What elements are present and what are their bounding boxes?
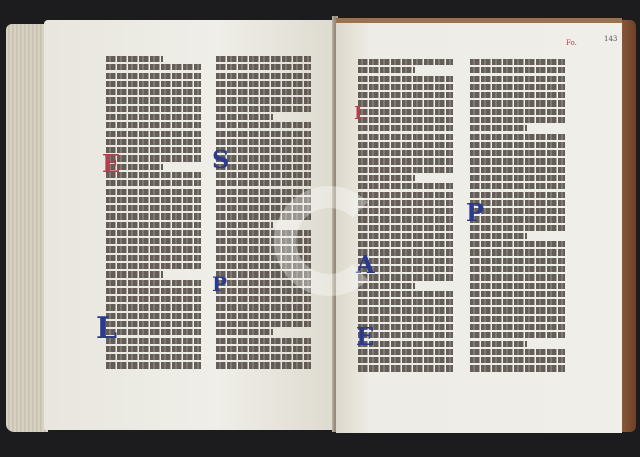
script-line	[216, 122, 311, 128]
script-line	[358, 291, 453, 297]
script-line	[216, 288, 311, 294]
script-line	[106, 263, 201, 269]
script-line	[358, 92, 453, 98]
running-head: Fo.	[566, 39, 577, 47]
script-line	[470, 67, 565, 73]
script-line	[470, 208, 565, 214]
script-line	[216, 304, 311, 310]
script-line	[470, 76, 565, 82]
script-line	[216, 56, 311, 62]
script-line	[358, 299, 453, 305]
script-line	[106, 230, 201, 236]
script-line	[358, 84, 453, 90]
script-line	[358, 109, 453, 115]
script-line	[470, 216, 565, 222]
script-line	[470, 59, 565, 65]
illuminated-initial: P	[212, 274, 227, 294]
script-line	[106, 106, 201, 112]
script-line	[358, 283, 415, 289]
script-line	[216, 189, 311, 195]
script-line	[470, 183, 565, 189]
illuminated-initial: I	[354, 105, 362, 123]
script-line	[358, 183, 453, 189]
script-line	[470, 324, 565, 330]
script-line	[216, 131, 311, 137]
script-line	[470, 332, 565, 338]
script-line	[216, 81, 311, 87]
open-manuscript: E L S P Fo. 143 I A E P	[6, 16, 636, 436]
script-line	[358, 117, 453, 123]
script-line	[470, 134, 565, 140]
script-line	[470, 258, 565, 264]
script-line	[216, 338, 311, 344]
script-line	[358, 167, 453, 173]
script-line	[470, 291, 565, 297]
folio-number: 143	[604, 35, 617, 43]
script-line	[470, 316, 565, 322]
script-line	[470, 175, 565, 181]
script-line	[470, 167, 565, 173]
script-line	[106, 122, 201, 128]
script-line	[106, 73, 201, 79]
illuminated-initial: P	[466, 201, 484, 225]
illuminated-initial: S	[212, 148, 229, 172]
script-line	[358, 142, 453, 148]
script-line	[470, 84, 565, 90]
script-line	[216, 64, 311, 70]
script-line	[470, 307, 565, 313]
script-line	[216, 114, 273, 120]
script-line	[106, 338, 201, 344]
script-line	[470, 249, 565, 255]
script-line	[358, 357, 453, 363]
script-line	[106, 139, 201, 145]
script-line	[216, 155, 311, 161]
script-line	[106, 56, 163, 62]
script-line	[216, 296, 311, 302]
script-line	[470, 200, 565, 206]
script-line	[358, 200, 453, 206]
script-line	[358, 307, 453, 313]
script-line	[106, 271, 163, 277]
script-line	[470, 274, 565, 280]
script-line	[106, 131, 201, 137]
script-line	[106, 97, 201, 103]
script-line	[470, 357, 565, 363]
script-line	[216, 354, 311, 360]
script-line	[106, 64, 201, 70]
script-line	[216, 106, 311, 112]
script-line	[106, 288, 201, 294]
right-page-column-2	[470, 59, 565, 374]
script-line	[470, 365, 565, 371]
script-line	[106, 89, 201, 95]
script-line	[470, 158, 565, 164]
script-line	[106, 346, 201, 352]
script-line	[216, 164, 311, 170]
script-line	[470, 150, 565, 156]
script-line	[106, 238, 201, 244]
script-line	[470, 299, 565, 305]
script-line	[106, 280, 201, 286]
script-line	[358, 150, 453, 156]
script-line	[216, 172, 311, 178]
script-line	[470, 117, 565, 123]
script-line	[106, 189, 201, 195]
script-line	[216, 362, 311, 368]
script-line	[106, 222, 201, 228]
script-line	[358, 175, 415, 181]
script-line	[106, 197, 201, 203]
script-line	[470, 341, 527, 347]
script-line	[106, 205, 201, 211]
illuminated-initial: L	[96, 314, 117, 344]
left-page-column-1	[106, 56, 201, 371]
script-line	[106, 180, 201, 186]
script-line	[106, 354, 201, 360]
script-line	[470, 233, 527, 239]
script-line	[216, 147, 311, 153]
script-line	[106, 304, 201, 310]
script-line	[358, 59, 453, 65]
script-line	[470, 100, 565, 106]
script-line	[106, 362, 201, 368]
script-line	[106, 81, 201, 87]
script-line	[106, 114, 201, 120]
script-line	[470, 92, 565, 98]
script-line	[106, 329, 201, 335]
script-line	[470, 283, 565, 289]
script-line	[216, 139, 311, 145]
script-line	[470, 241, 565, 247]
script-line	[106, 296, 201, 302]
page-edges	[6, 24, 48, 432]
script-line	[358, 100, 453, 106]
script-line	[216, 346, 311, 352]
script-line	[470, 225, 565, 231]
script-line	[470, 125, 527, 131]
script-line	[106, 255, 201, 261]
script-line	[470, 266, 565, 272]
script-line	[358, 76, 453, 82]
script-line	[216, 329, 273, 335]
script-line	[106, 213, 201, 219]
script-line	[216, 313, 311, 319]
script-line	[470, 109, 565, 115]
script-line	[358, 365, 453, 371]
leather-cover	[620, 20, 636, 432]
script-line	[216, 73, 311, 79]
script-line	[470, 192, 565, 198]
script-line	[106, 246, 201, 252]
script-line	[216, 89, 311, 95]
script-line	[358, 125, 453, 131]
script-line	[358, 67, 415, 73]
script-line	[358, 158, 453, 164]
script-line	[470, 349, 565, 355]
illuminated-initial: E	[356, 325, 374, 349]
script-line	[106, 321, 201, 327]
script-line	[470, 142, 565, 148]
script-line	[358, 316, 453, 322]
script-line	[358, 192, 453, 198]
script-line	[106, 313, 201, 319]
script-line	[216, 222, 273, 228]
illuminated-initial: E	[102, 152, 120, 176]
script-line	[216, 180, 311, 186]
script-line	[216, 321, 311, 327]
script-line	[216, 97, 311, 103]
script-line	[358, 134, 453, 140]
watermark-logo	[274, 186, 384, 296]
